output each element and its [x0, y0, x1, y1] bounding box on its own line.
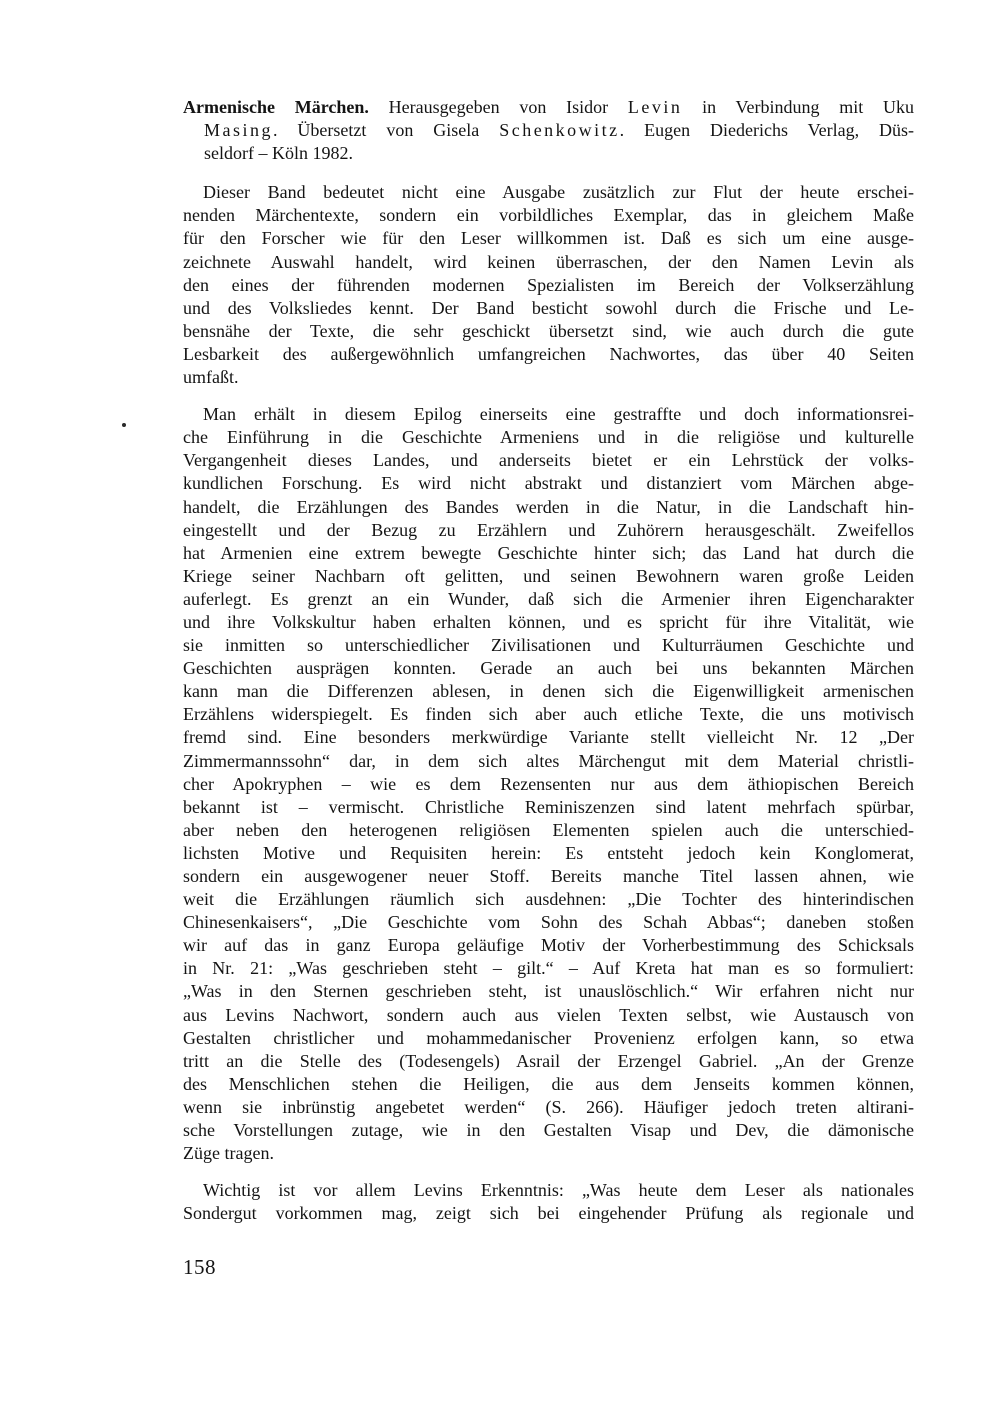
citation-text: . Eugen Diederichs Verlag, Düs-	[620, 120, 914, 140]
text-line: kann man die Differenzen ablesen, in den…	[183, 680, 914, 703]
text-line: Chinesenkaisers“, „Die Geschichte vom So…	[183, 911, 914, 934]
text-line: sie inmitten so unterschiedlicher Zivili…	[183, 634, 914, 657]
text-line: Zimmermannssohn“ dar, in dem sich altes …	[183, 750, 914, 773]
text-line: Man erhält in diesem Epilog einerseits e…	[183, 403, 914, 426]
text-line: eingestellt und der Bezug zu Erzählern u…	[183, 519, 914, 542]
text-block: Armenische Märchen. Herausgegeben von Is…	[183, 96, 914, 1280]
text-line: wir auf das in ganz Europa geläufige Mot…	[183, 934, 914, 957]
text-line: in Nr. 21: „Was geschrieben steht – gilt…	[183, 957, 914, 980]
text-line: Lesbarkeit des außergewöhnlich umfangrei…	[183, 343, 914, 366]
text-line: wenn sie inbrünstig angebetet werden“ (S…	[183, 1096, 914, 1119]
text-line: des Menschlichen stehen die Heiligen, di…	[183, 1073, 914, 1096]
citation-text: . Übersetzt von Gisela	[273, 120, 499, 140]
text-line: Vergangenheit dieses Landes, und anderse…	[183, 449, 914, 472]
text-line: Dieser Band bedeutet nicht eine Ausgabe …	[183, 181, 914, 204]
text-line: aber neben den heterogenen religiösen El…	[183, 819, 914, 842]
text-line: kundlichen Forschung. Es wird nicht abst…	[183, 472, 914, 495]
text-line: aus Levins Nachwort, sondern auch aus vi…	[183, 1004, 914, 1027]
text-line: Sondergut vorkommen mag, zeigt sich bei …	[183, 1202, 914, 1225]
text-line: auferlegt. Es grenzt an ein Wunder, daß …	[183, 588, 914, 611]
review-body: Dieser Band bedeutet nicht eine Ausgabe …	[183, 181, 914, 1225]
text-line: für den Forscher wie für den Leser willk…	[183, 227, 914, 250]
text-line: umfaßt.	[183, 366, 914, 389]
citation-text: Levin	[628, 97, 683, 117]
text-line: fremd sind. Eine besonders merkwürdige V…	[183, 726, 914, 749]
review-paragraph: Dieser Band bedeutet nicht eine Ausgabe …	[183, 181, 914, 389]
text-line: Kriege seiner Nachbarn oft gelitten, und…	[183, 565, 914, 588]
text-line: sche Vorstellungen zutage, wie in den Ge…	[183, 1119, 914, 1142]
citation-text: Masing	[204, 120, 273, 140]
review-paragraph: Wichtig ist vor allem Levins Erkenntnis:…	[183, 1179, 914, 1225]
text-line: cher Apokryphen – wie es dem Rezensenten…	[183, 773, 914, 796]
text-line: handelt, die Erzählungen des Bandes werd…	[183, 496, 914, 519]
text-line: und des Volksliedes kennt. Der Band best…	[183, 297, 914, 320]
citation-text: seldorf – Köln 1982.	[204, 143, 353, 163]
citation-line: seldorf – Köln 1982.	[183, 142, 914, 165]
text-line: sondern ein ausgewogener neuer Stoff. Be…	[183, 865, 914, 888]
text-line: „Was in den Sternen geschrieben steht, i…	[183, 980, 914, 1003]
citation-text: in Verbindung mit Uku	[682, 97, 914, 117]
review-citation: Armenische Märchen. Herausgegeben von Is…	[183, 96, 914, 165]
text-line: che Einführung in die Geschichte Armenie…	[183, 426, 914, 449]
scanned-page: Armenische Märchen. Herausgegeben von Is…	[0, 0, 1000, 1414]
scan-artifact-dot	[122, 423, 126, 427]
review-paragraph: Man erhält in diesem Epilog einerseits e…	[183, 403, 914, 1165]
citation-text: Schenkowitz	[499, 120, 619, 140]
citation-line: Armenische Märchen. Herausgegeben von Is…	[183, 96, 914, 119]
page-number: 158	[183, 1255, 914, 1280]
text-line: bekannt ist – vermischt. Christliche Rem…	[183, 796, 914, 819]
text-line: Gestalten christlicher und mohammedanisc…	[183, 1027, 914, 1050]
citation-title: Armenische Märchen.	[183, 97, 369, 117]
text-line: hat Armenien eine extrem bewegte Geschic…	[183, 542, 914, 565]
text-line: Geschichten ausprägen konnten. Gerade an…	[183, 657, 914, 680]
citation-line: Masing. Übersetzt von Gisela Schenkowitz…	[183, 119, 914, 142]
text-line: lichsten Motive und Requisiten herein: E…	[183, 842, 914, 865]
citation-text: Herausgegeben von Isidor	[369, 97, 628, 117]
text-line: und ihre Volkskultur haben erhalten könn…	[183, 611, 914, 634]
text-line: bensnähe der Texte, die sehr geschickt ü…	[183, 320, 914, 343]
text-line: nenden Märchentexte, sondern ein vorbild…	[183, 204, 914, 227]
text-line: Erzählens widerspiegelt. Es finden sich …	[183, 703, 914, 726]
text-line: den eines der führenden modernen Spezial…	[183, 274, 914, 297]
text-line: weit die Erzählungen räumlich sich ausde…	[183, 888, 914, 911]
text-line: tritt an die Stelle des (Todesengels) As…	[183, 1050, 914, 1073]
text-line: zeichnete Auswahl handelt, wird keinen ü…	[183, 251, 914, 274]
text-line: Wichtig ist vor allem Levins Erkenntnis:…	[183, 1179, 914, 1202]
text-line: Züge tragen.	[183, 1142, 914, 1165]
